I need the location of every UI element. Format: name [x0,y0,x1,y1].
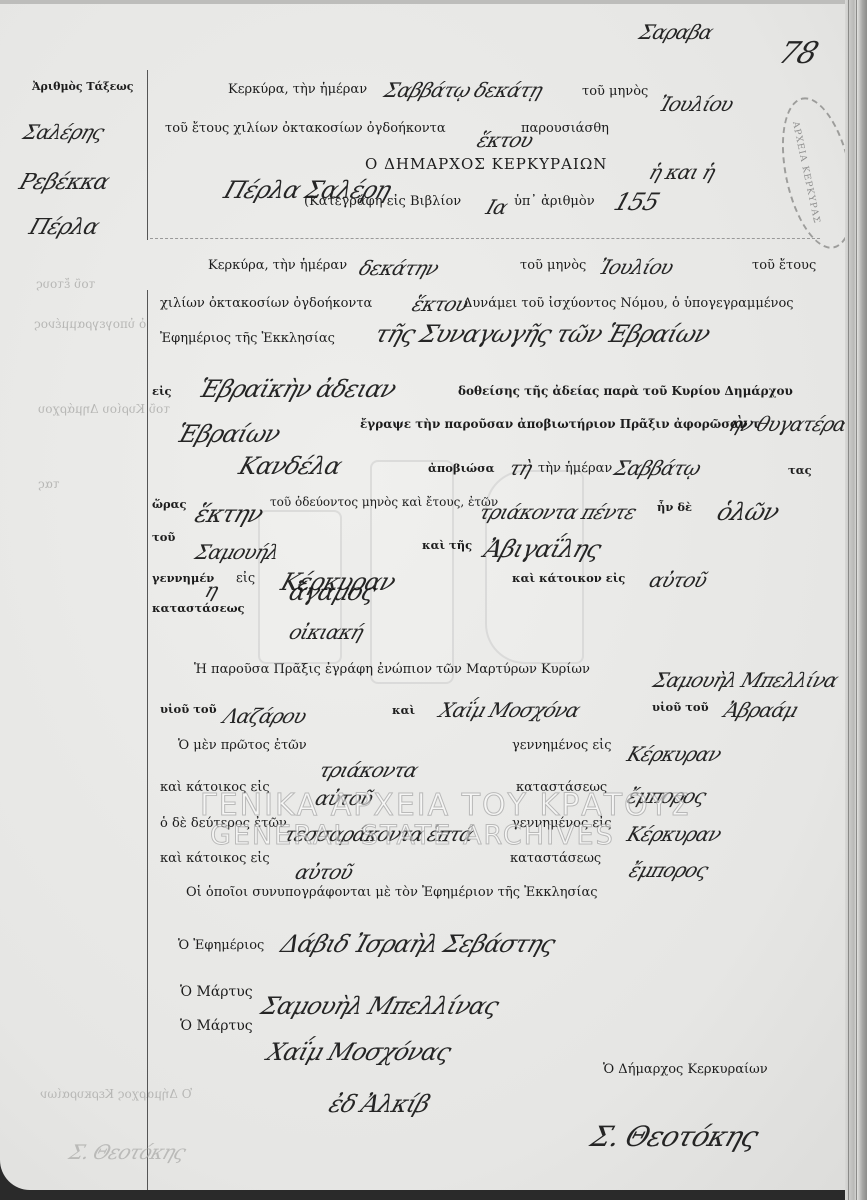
label-month: τοῦ μηνὸς [582,84,648,99]
label-year-prefix: τοῦ ἔτους χιλίων ὀκτακοσίων ὀγδοήκοντα [165,121,446,136]
label-witness-2: Ὁ Μάρτυς [180,1018,253,1034]
label-death-act: ἔγραψε τὴν παροῦσαν ἀποβιωτήριον Πρᾶξιν … [360,417,760,431]
label-presented: παρουσιάσθη [521,121,609,136]
page-edge-line [856,0,857,1200]
bleed-through-text: Ὁ Δήμαρχος Κερκυραίων [40,1087,192,1101]
margin-rule [147,290,148,1190]
field-permit: Ἑβραϊκὴν ἀδειαν [195,375,399,403]
label-hour: ὥρας [152,497,186,511]
field-church: τῆς Συναγωγῆς τῶν Ἑβραίων [371,320,713,348]
label-body-month: τοῦ μηνὸς [520,258,586,273]
field-residence: αὐτοῦ [646,568,710,592]
margin-entry-2: Ρεβέκκα [16,170,112,195]
field-hour: ἕκτην [191,500,266,528]
margin-entry-3: Πέρλα [26,215,102,240]
label-w2-status: καταστάσεως [510,851,601,866]
field-witness2-father: Ἀβραάμ [721,698,801,722]
archive-watermark-greek: ΓΕΝΙΚΑ ΑΡΧΕΙΑ ΤΟΥ ΚΡΑΤΟΥΣ [200,788,691,823]
label-body-year-prefix: χιλίων ὀκτακοσίων ὀγδοήκοντα [160,296,372,311]
label-tas: τας [788,463,812,477]
label-w1-age: Ὁ μὲν πρῶτος ἐτῶν [178,738,307,753]
field-body-month: Ἰουλίου [596,255,676,279]
label-w2-residence: καὶ κάτοικος εἰς [160,851,270,866]
field-relation: ὴν θυγατέρα [726,412,850,436]
label-witness-1: Ὁ Μάρτυς [180,984,253,1000]
page-edge-line [848,0,849,1200]
label-was: ἦν δὲ [657,500,692,514]
label-eis: εἰς [152,384,172,398]
label-son-of-2: υἱοῦ τοῦ [652,700,709,714]
bleed-through-text: τας [38,477,59,491]
label-born-in: εἰς [236,571,255,586]
field-w2-birthplace: Κέρκυραν [624,822,724,846]
field-registry-number: 155 [610,188,662,216]
label-cosign: Οἱ ὁποῖοι συνυπογράφονται μὲ τὸν Ἐφημέρι… [186,885,598,900]
signature-mayor: Σ. Θεοτόκης [587,1120,762,1153]
field-witness2-name: Χαΐμ Μοσχόνα [436,698,583,722]
field-w1-birthplace: Κέρκυραν [624,742,724,766]
label-priest: Ὁ Ἐφημέριος [178,938,264,953]
label-and-mother: καὶ τῆς [422,538,472,552]
label-law: Δυνάμει τοῦ ἰσχύοντος Νόμου, ὁ ὑπογεγραμ… [463,296,794,311]
field-w2-status: ἔμπορος [626,858,711,882]
label-born: γεννημέν [152,571,214,585]
label-residence: καὶ κάτοικον εἰς [512,571,625,585]
signature-priest: Δάβιδ Ἰσραὴλ Σεβάστης [277,930,558,958]
field-status-word: ὁλῶν [713,498,782,526]
field-occupation: οἰκιακή [286,620,366,644]
bleed-through-text: τοῦ Κυρίου Δημάρχου [38,402,170,416]
label-and: καὶ [392,703,415,717]
label-witnesses-intro: Ἡ παροῦσα Πρᾶξις ἐγράφη ἐνώπιον τῶν Μαρτ… [194,662,590,677]
field-w2-residence: αὐτοῦ [292,860,356,884]
signature-extra: ἐδ Ἀλκίβ [325,1090,433,1118]
label-registry-number: ὑπ᾽ ἀριθμὸν [514,194,595,209]
field-body-year: ἕκτου [409,292,471,316]
label-w1-born: γεννημένος εἰς [512,738,612,753]
form-title: Ο ΔΗΜΑΡΧΟΣ ΚΕΡΚΥΡΑΙΩΝ [365,155,607,173]
title-note: ἡ και ἡ [646,160,718,184]
page-number: 78 [774,36,822,71]
field-community: Ἑβραίων [173,420,283,448]
label-death-day: τὴν ἡμέραν [538,461,612,476]
bleed-through-text: τοῦ ἔτους [36,277,95,291]
label-registry: (Κατεγράφη εἰς Βιβλίον [304,194,461,209]
label-of-father: τοῦ [152,530,175,544]
label-mayor: Ὁ Δήμαρχος Κερκυραίων [603,1062,768,1077]
field-witness1-name: Σαμουὴλ Μπελλίνα [650,668,841,692]
section-divider [150,238,820,239]
field-body-day: δεκάτην [356,256,441,280]
top-edge [0,0,862,4]
signature-witness-1: Σαμουὴλ Μπελλίνας [257,992,501,1020]
field-deceased-name: Κανδέλα [235,452,345,480]
signature-witness-2: Χαΐμ Μοσχόνας [263,1038,454,1066]
field-death-day: Σαββάτῳ [611,456,703,480]
field-father: Σαμουήλ [192,540,282,564]
field-age: τριάκοντα πέντε [476,500,639,524]
label-son-of-1: υἱοῦ τοῦ [160,702,217,716]
top-note: Σαραβα [636,20,716,44]
label-current-month: τοῦ ὁδεύοντος μηνὸς καὶ ἔτους, ἐτῶν [270,495,498,509]
label-body-date: Κερκύρα, τὴν ἡμέραν [208,258,347,273]
field-registry-book: Ια [483,195,510,219]
label-body-year: τοῦ ἔτους [752,258,816,273]
label-mayor-permit: δοθείσης τῆς ἀδείας παρὰ τοῦ Κυρίου Δημά… [458,384,793,398]
field-month: Ἰουλίου [656,92,736,116]
archive-watermark-english: GENERAL STATE ARCHIVES [210,820,615,851]
field-w1-age: τριάκοντα [316,758,421,782]
bleed-through-signature: Σ. Θεοτόκης [66,1140,188,1164]
label-condition: καταστάσεως [152,601,245,615]
field-witness1-father: Λαζάρου [220,704,309,728]
margin-entry-1: Σαλέρης [20,120,107,144]
label-date-prefix: Κερκύρα, τὴν ἡμέραν [228,82,367,97]
margin-rule-top [147,70,148,240]
document-page: τοῦ ἔτους ὁ ὑπογεγραμμένος τοῦ Κυρίου Δη… [0,0,862,1190]
field-condition: ἄγαμος [285,578,378,606]
field-day: Σαββάτῳ δεκάτῃ [381,78,545,102]
label-died: ἀποβιώσα [428,461,494,475]
label-church: Ἐφημέριος τῆς Ἐκκλησίας [160,331,335,346]
margin-header: Ἀριθμὸς Τάξεως [32,80,133,93]
bleed-through-text: ὁ ὑπογεγραμμένος [34,317,146,331]
field-mother: Ἀβιγαΐλης [480,535,604,563]
